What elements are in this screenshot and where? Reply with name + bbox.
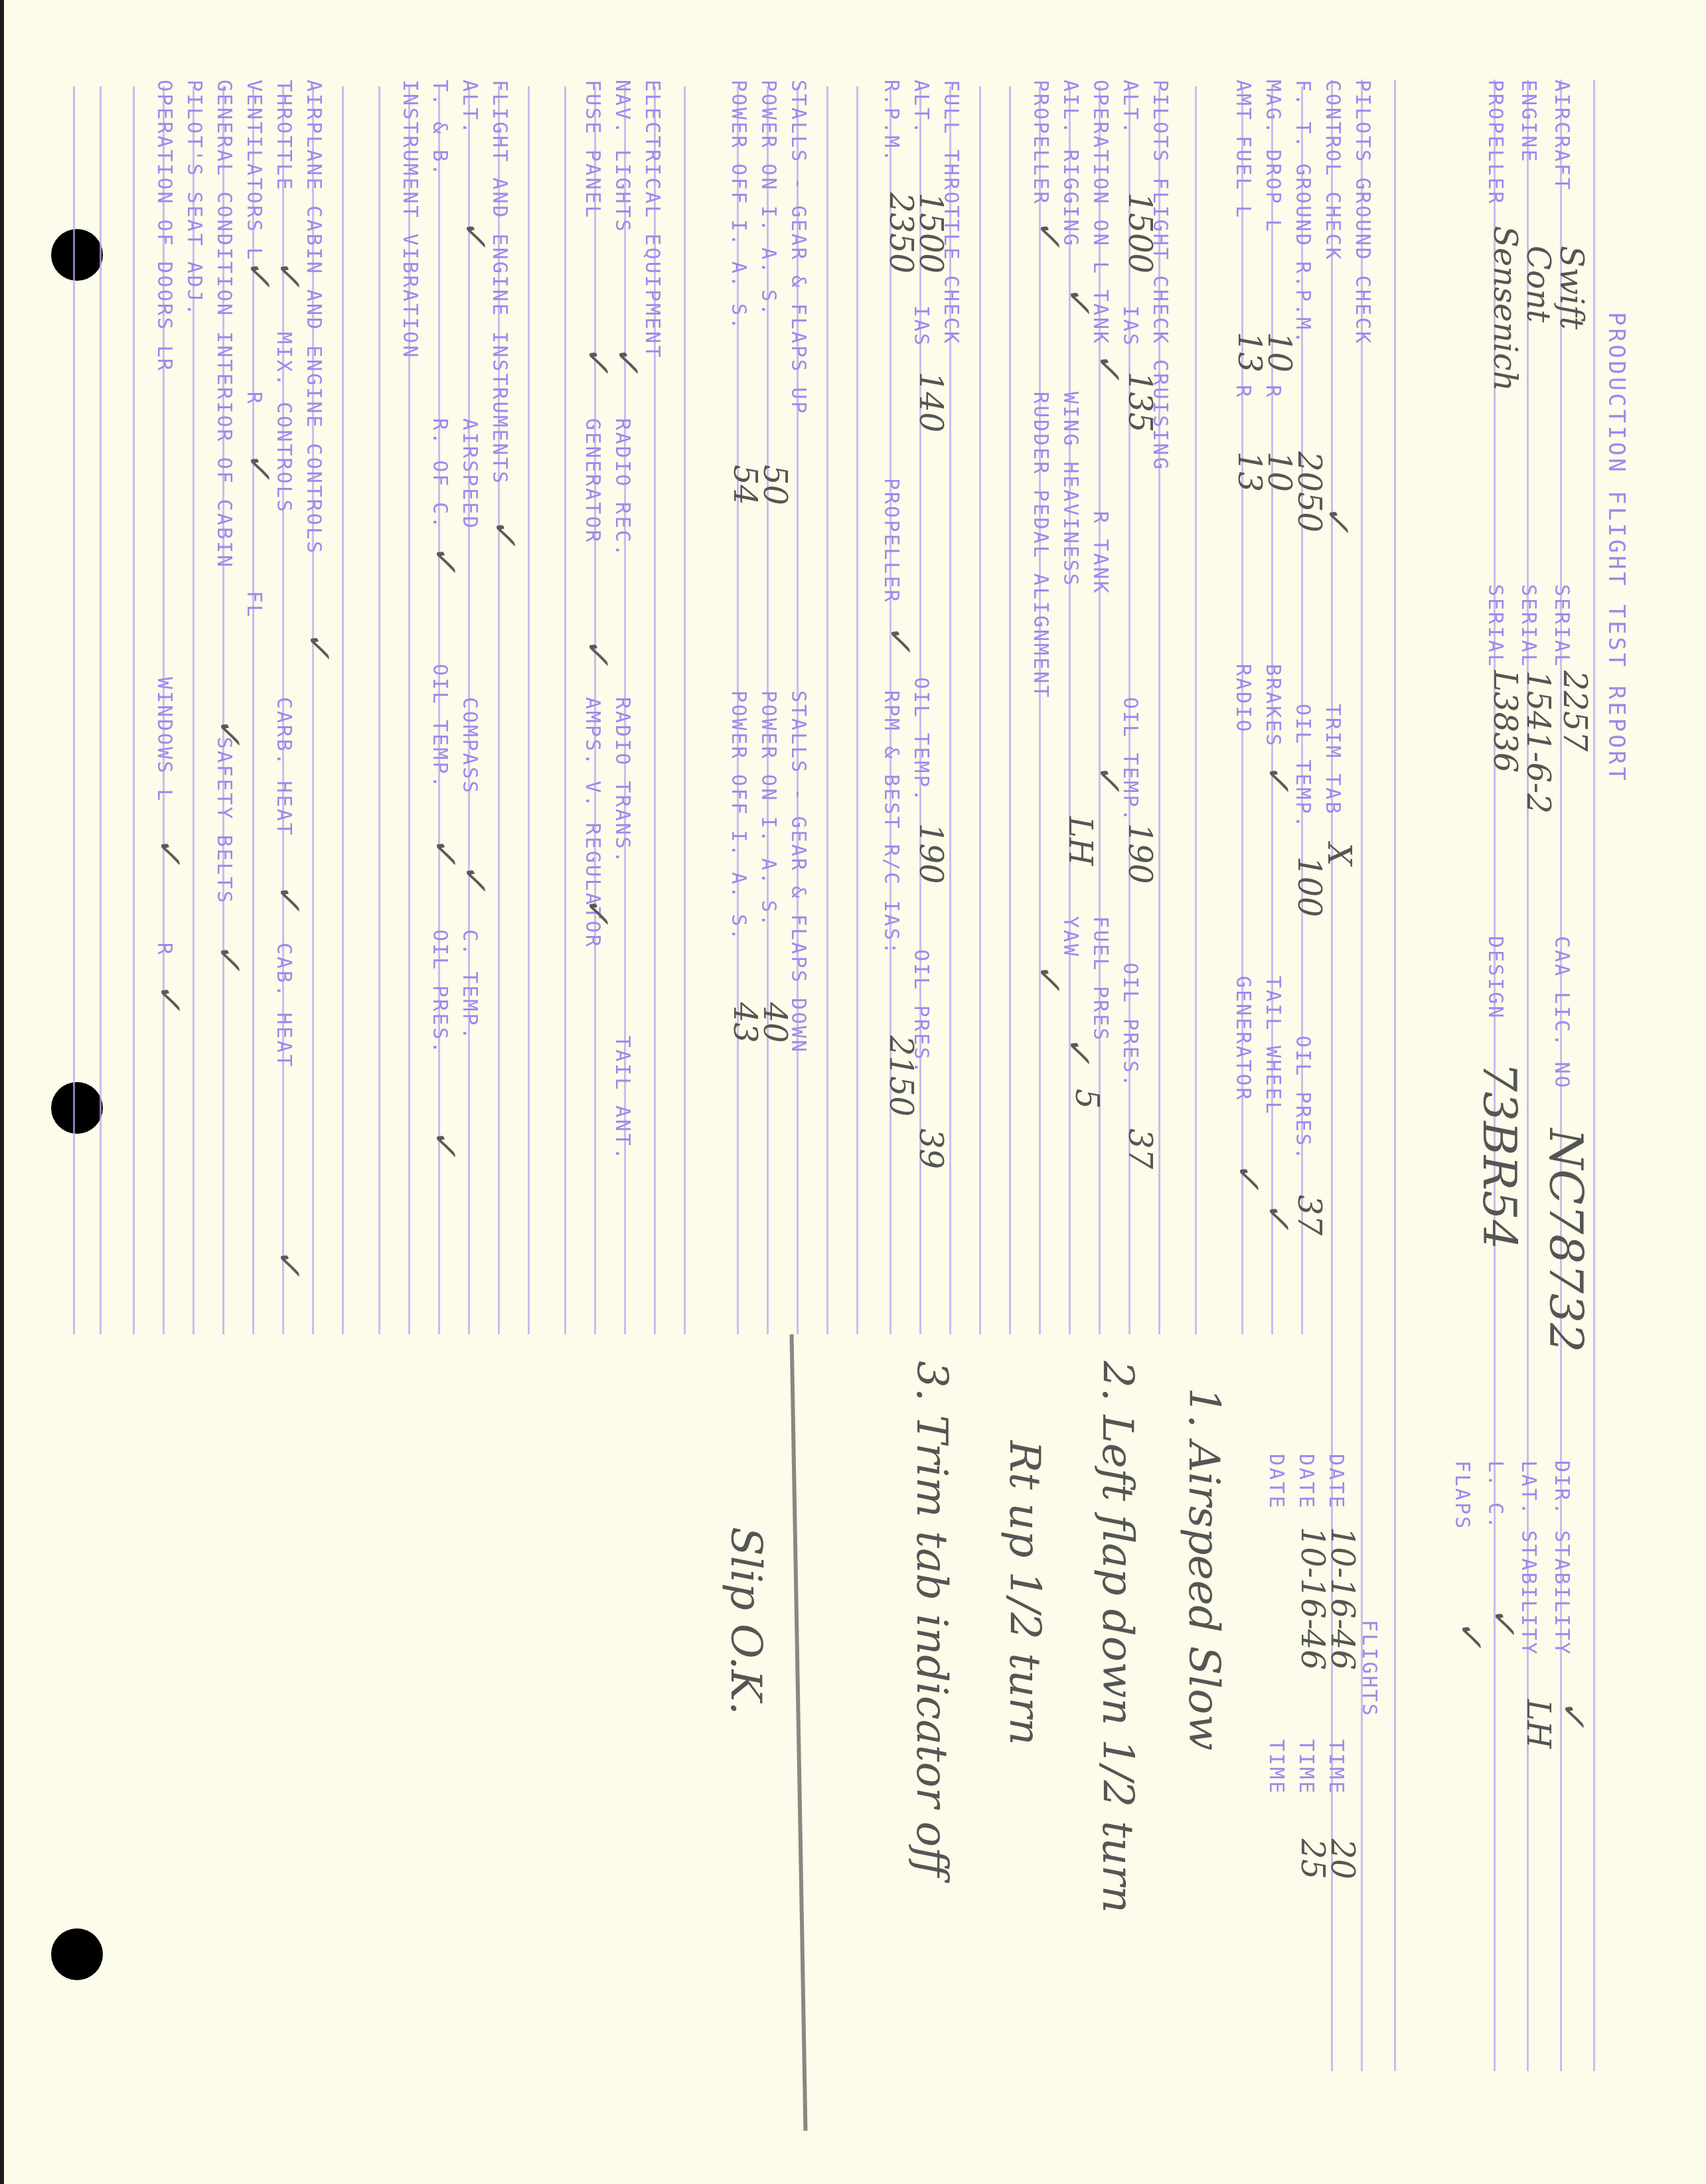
t-and-b-label: T. & B. <box>428 80 451 177</box>
ft-rpm-value[interactable]: 2350 <box>882 193 919 273</box>
cruise-oil-pres-label: OIL PRES. <box>1119 963 1142 1089</box>
fuse-panel-label: FUSE PANEL <box>581 80 604 220</box>
rule-line <box>1361 80 1363 2071</box>
brakes-value[interactable]: ✓ <box>1258 763 1298 793</box>
amt-fuel-r-label: R <box>1231 385 1255 399</box>
lc-label: L. C. <box>1484 1460 1507 1530</box>
generator-elec-value[interactable]: ✓ <box>578 637 617 666</box>
ventilators-r-value[interactable]: ✓ <box>239 451 279 481</box>
cabin-heading-check[interactable]: ✓ <box>299 631 339 660</box>
mix-controls-label: MIX. CONTROLS <box>272 332 295 514</box>
aircraft-label: AIRCRAFT <box>1550 80 1573 192</box>
stalls-up-power-off-value[interactable]: 54 <box>726 465 763 505</box>
remark-1[interactable]: 1. Airspeed Slow <box>1179 1387 1228 1751</box>
cabin-heading: AIRPLANE CABIN AND ENGINE CONTROLS <box>302 80 325 555</box>
lat-stability-value[interactable]: LH <box>1519 1699 1557 1749</box>
rule-line <box>1593 80 1595 2071</box>
carb-heat-label: CARB. HEAT <box>272 697 295 837</box>
oil-pres-instr-label: OIL PRES. <box>428 929 451 1055</box>
engine-serial-label: SERIAL <box>1517 584 1540 668</box>
cruise-ias-value[interactable]: 135 <box>1121 372 1158 433</box>
radio-label: RADIO <box>1231 664 1255 734</box>
rudder-pedal-value[interactable]: ✓ <box>1029 963 1069 992</box>
doors-r-label: R <box>153 358 176 372</box>
r-of-c-value[interactable]: ✓ <box>425 544 465 574</box>
remark-2[interactable]: 2. Left flap down 1/2 turn <box>1093 1361 1142 1913</box>
throttle-label: THROTTLE <box>272 80 295 192</box>
rule-line <box>1527 80 1529 2071</box>
oil-pres-label: OIL PRES. <box>1291 1036 1314 1162</box>
punch-hole <box>51 1928 103 1980</box>
r-tank-label: R TANK <box>1089 511 1112 595</box>
engine-label: ENGINE <box>1517 80 1540 163</box>
ft-ias-label: IAS <box>909 305 933 347</box>
brakes-label: BRAKES <box>1261 664 1284 747</box>
windows-r-value[interactable]: ✓ <box>149 982 189 1012</box>
propeller-value[interactable]: Sensenich <box>1486 226 1523 391</box>
rule-line <box>1069 86 1071 1334</box>
radio-trans-label: RADIO TRANS. <box>611 697 634 865</box>
safety-belts-value[interactable]: ✓ <box>209 943 249 972</box>
general-condition-label: GENERAL CONDITION INTERIOR OF CABIN <box>212 80 236 569</box>
mag-drop-label: MAG. DROP L <box>1261 80 1284 234</box>
tail-wheel-value[interactable]: ✓ <box>1258 1202 1298 1231</box>
propeller-check-value[interactable]: ✓ <box>1029 219 1069 248</box>
rule-line <box>528 86 530 1334</box>
safety-belts-label: SAFETY BELTS <box>212 737 236 905</box>
compass-value[interactable]: ✓ <box>455 863 495 892</box>
propeller-serial-value[interactable]: L3836 <box>1486 670 1523 773</box>
amt-fuel-l-value[interactable]: 13 <box>1231 332 1268 372</box>
flaps-label: FLAPS <box>1450 1460 1474 1530</box>
rule-line <box>856 86 858 1334</box>
flight3-date-label: DATE <box>1265 1454 1288 1510</box>
flight2-time-value[interactable]: 25 <box>1294 1839 1331 1879</box>
flights-heading: FLIGHTS <box>1357 1620 1381 1717</box>
yaw-label: YAW <box>1059 916 1082 958</box>
nav-lights-label: NAV. LIGHTS <box>611 80 634 234</box>
stalls-down-power-off-label: POWER OFF I. A. S. <box>727 690 750 942</box>
rule-line <box>378 86 380 1334</box>
wing-heaviness-value[interactable]: LH <box>1061 817 1099 866</box>
flaps-value[interactable]: ✓ <box>1450 1620 1490 1649</box>
stalls-down-power-off-value[interactable]: 43 <box>726 1002 763 1043</box>
ventilators-l-value[interactable]: ✓ <box>239 259 279 288</box>
ground-check-heading: PILOTS GROUND CHECK <box>1351 80 1374 345</box>
electrical-heading: ELECTRICAL EQUIPMENT <box>641 80 664 359</box>
r-tank-value[interactable]: ✓ <box>1089 763 1128 793</box>
cruise-oil-temp-value[interactable]: 190 <box>1121 823 1158 884</box>
windows-l-label: WINDOWS L <box>153 677 176 803</box>
rule-line <box>564 86 566 1334</box>
stalls-up-heading: STALLS - GEAR & FLAPS UP <box>787 80 810 415</box>
carb-heat-value[interactable]: ✓ <box>269 883 309 912</box>
control-check-label: CONTROL CHECK <box>1321 80 1344 262</box>
remark-2-cont[interactable]: Rt up 1/2 turn <box>1000 1441 1049 1745</box>
rule-line <box>133 86 135 1334</box>
ft-oil-temp-value[interactable]: 190 <box>912 823 949 884</box>
generator-label: GENERATOR <box>1231 976 1255 1102</box>
fuel-pres-label: FUEL PRES <box>1089 916 1112 1042</box>
oil-pres-instr-value[interactable]: ✓ <box>425 1129 465 1158</box>
punch-hole <box>51 1082 103 1134</box>
fl-label: FL <box>242 591 266 619</box>
windows-r-label: R <box>153 943 176 957</box>
ft-alt-label: ALT. <box>909 80 933 135</box>
aircraft-serial-value[interactable]: 2257 <box>1556 670 1593 751</box>
design-value[interactable]: 73BR54 <box>1472 1062 1527 1249</box>
design-label: DESIGN <box>1484 936 1507 1020</box>
stalls-down-power-on-label: POWER ON I. A. S. <box>757 690 780 928</box>
rule-line <box>1039 86 1041 1334</box>
ft-ground-rpm-label: F. T. GROUND R.P.M. <box>1291 80 1314 345</box>
engine-value[interactable]: Cont <box>1519 246 1557 323</box>
rule-line <box>342 86 344 1334</box>
propeller-serial-label: SERIAL <box>1484 584 1507 668</box>
dir-stability-value[interactable]: ✓ <box>1553 1699 1593 1729</box>
wing-heaviness-label: WING HEAVINESS <box>1059 392 1082 587</box>
flight2-time-label: TIME <box>1294 1739 1318 1795</box>
ft-oil-pres-value[interactable]: 39 <box>912 1129 949 1169</box>
rule-line <box>979 86 981 1334</box>
amps-v-regulator-value[interactable]: ✓ <box>578 896 617 925</box>
ft-ias-value[interactable]: 140 <box>912 372 949 433</box>
rule-line <box>100 86 102 1334</box>
aircraft-serial-label: SERIAL <box>1550 584 1573 668</box>
ventilators-label: VENTILATORS L <box>242 80 266 262</box>
rule-line <box>1009 86 1011 1334</box>
doors-label: OPERATION OF DOORS L <box>153 80 176 359</box>
propeller-label: PROPELLER <box>1484 80 1507 206</box>
stalls-up-power-off-label: POWER OFF I. A. S. <box>727 80 750 331</box>
cruise-alt-value[interactable]: 1500 <box>1121 193 1158 273</box>
caa-lic-value[interactable]: NC78732 <box>1539 1129 1593 1353</box>
signoff-rule <box>790 1334 808 2131</box>
op-l-tank-value[interactable]: ✓ <box>1089 352 1128 381</box>
flight1-date-label: DATE <box>1324 1454 1348 1510</box>
rule-line <box>826 86 828 1334</box>
aircraft-value[interactable]: Swift <box>1553 246 1590 329</box>
mag-drop-r-label: R <box>1261 385 1284 399</box>
instruments-heading: FLIGHT AND ENGINE INSTRUMENTS <box>488 80 511 485</box>
generator-value[interactable]: ✓ <box>1228 1162 1268 1191</box>
stalls-up-power-on-label: POWER ON I. A. S. <box>757 80 780 317</box>
cab-heat-label: CAB. HEAT <box>272 943 295 1069</box>
c-temp-label: C. TEMP. <box>458 929 481 1042</box>
ventilators-r-label: R <box>242 392 266 406</box>
best-rc-value[interactable]: 2150 <box>882 1036 919 1117</box>
oil-temp-instr-label: OIL TEMP. <box>428 664 451 790</box>
fuse-panel-value[interactable]: ✓ <box>578 345 617 374</box>
r-of-c-label: R. OF C. <box>428 418 451 530</box>
ft-rpm-label: R.P.M. <box>880 80 903 163</box>
radio-rec-label: RADIO REC. <box>611 418 634 558</box>
oil-temp-value[interactable]: 100 <box>1290 856 1328 917</box>
propeller-check-label: PROPELLER <box>1029 80 1052 206</box>
stalls-down-heading: STALLS - GEAR & FLAPS DOWN <box>787 690 810 1054</box>
pilots-seat-label: PILOT'S SEAT ADJ. <box>183 80 206 317</box>
remark-3[interactable]: 3. Trim tab indicator off <box>907 1361 956 1877</box>
yaw-value[interactable]: ✓ <box>1059 1036 1099 1065</box>
rule-line <box>1394 80 1396 2071</box>
trim-tab-label: TRIM TAB <box>1321 704 1344 816</box>
alt-instr-value[interactable]: ✓ <box>455 219 495 248</box>
tail-ant-label: TAIL ANT. <box>611 1036 634 1162</box>
instruments-heading-check[interactable]: ✓ <box>485 518 524 547</box>
dir-stability-label: DIR. STABILITY <box>1550 1460 1573 1656</box>
flight2-date-value[interactable]: 10-16-46 <box>1294 1527 1331 1670</box>
cruise-ias-label: IAS <box>1119 305 1142 347</box>
ft-oil-temp-label: OIL TEMP. <box>909 677 933 803</box>
flight2-date-label: DATE <box>1294 1454 1318 1510</box>
flight3-time-label: TIME <box>1265 1739 1288 1795</box>
alt-instr-label: ALT. <box>458 80 481 135</box>
ft-propeller-label: PROPELLER <box>880 478 903 604</box>
rule-line <box>1195 86 1197 1334</box>
form-title: PRODUCTION FLIGHT TEST REPORT <box>1603 312 1630 783</box>
rudder-pedal-label: RUDDER PEDAL ALIGNMENT <box>1029 392 1052 699</box>
engine-serial-value[interactable]: 1541-6-2 <box>1519 670 1557 814</box>
rule-line <box>684 86 686 1334</box>
cruise-oil-pres-value[interactable]: 37 <box>1121 1129 1158 1169</box>
windows-l-value[interactable]: ✓ <box>149 836 189 866</box>
oil-temp-instr-value[interactable]: ✓ <box>425 836 465 866</box>
cruise-oil-temp-label: OIL TEMP. <box>1119 697 1142 823</box>
fuel-pres-value[interactable]: 5 <box>1068 1089 1105 1109</box>
generator-elec-label: GENERATOR <box>581 418 604 544</box>
scan-edge <box>0 0 4 2184</box>
ail-rigging-value[interactable]: ✓ <box>1059 285 1099 315</box>
ft-propeller-value[interactable]: ✓ <box>880 624 919 653</box>
punch-hole <box>51 229 103 281</box>
best-rc-label: RPM & BEST R/C IAS: <box>880 690 903 956</box>
compass-label: COMPASS <box>458 697 481 795</box>
cruise-alt-label: ALT. <box>1119 80 1142 135</box>
signoff[interactable]: Slip O.K. <box>721 1527 770 1715</box>
flight1-time-label: TIME <box>1324 1739 1348 1795</box>
tail-wheel-label: TAIL WHEEL <box>1261 976 1284 1116</box>
airspeed-label: AIRSPEED <box>458 418 481 530</box>
amt-fuel-label: AMT FUEL L <box>1231 80 1255 220</box>
caa-lic-label: CAA LIC. NO <box>1550 936 1573 1090</box>
cab-heat-value[interactable]: ✓ <box>269 1248 309 1277</box>
instrument-vibration-label: INSTRUMENT VIBRATION <box>398 80 422 359</box>
rule-line <box>73 86 75 1334</box>
amt-fuel-r-value[interactable]: 13 <box>1231 451 1268 492</box>
